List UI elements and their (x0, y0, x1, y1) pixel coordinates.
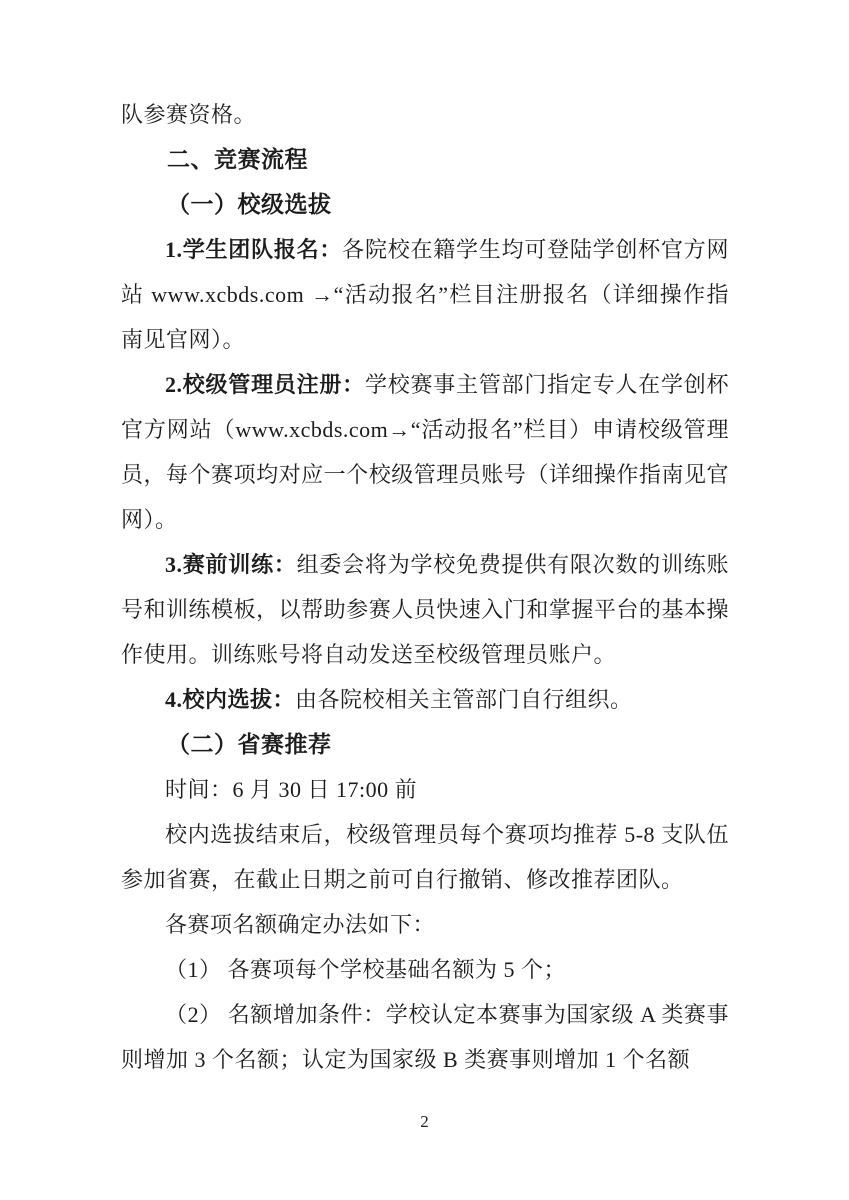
paragraph-lead-label: 4.校内选拔： (165, 687, 295, 712)
page-number: 2 (420, 1112, 429, 1131)
paragraph-internal-selection: 4.校内选拔：由各院校相关主管部门自行组织。 (121, 677, 729, 722)
heading-text: （二）省赛推荐 (167, 732, 332, 757)
paragraph-text: 各赛项名额确定办法如下： (165, 912, 435, 937)
document-page: 队参赛资格。 二、竞赛流程 （一）校级选拔 1.学生团队报名：各院校在籍学生均可… (0, 0, 849, 1200)
paragraph-lead-label: 2.校级管理员注册： (165, 372, 365, 397)
paragraph-carryover: 队参赛资格。 (121, 92, 729, 137)
subsection-heading-school-selection: （一）校级选拔 (121, 182, 729, 227)
paragraph-text: 时间：6 月 30 日 17:00 前 (165, 777, 417, 802)
paragraph-text: 队参赛资格。 (121, 102, 256, 127)
heading-text: （一）校级选拔 (167, 192, 332, 217)
document-body: 队参赛资格。 二、竞赛流程 （一）校级选拔 1.学生团队报名：各院校在籍学生均可… (121, 92, 729, 1082)
paragraph-text: 由各院校相关主管部门自行组织。 (295, 687, 633, 712)
paragraph-deadline-time: 时间：6 月 30 日 17:00 前 (121, 767, 729, 812)
paragraph-quota-method-intro: 各赛项名额确定办法如下： (121, 902, 729, 947)
paragraph-pre-competition-training: 3.赛前训练：组委会将为学校免费提供有限次数的训练账号和训练模板，以帮助参赛人员… (121, 542, 729, 677)
paragraph-school-admin-registration: 2.校级管理员注册：学校赛事主管部门指定专人在学创杯官方网站（www.xcbds… (121, 362, 729, 542)
page-footer: 2 (0, 1112, 849, 1132)
paragraph-lead-label: 1.学生团队报名： (165, 237, 342, 262)
paragraph-lead-label: 3.赛前训练： (165, 552, 297, 577)
paragraph-student-team-registration: 1.学生团队报名：各院校在籍学生均可登陆学创杯官方网站 www.xcbds.co… (121, 227, 729, 362)
paragraph-text: （2） 名额增加条件：学校认定本赛事为国家级 A 类赛事则增加 3 个名额；认定… (121, 1002, 729, 1072)
heading-text: 二、竞赛流程 (167, 146, 308, 172)
subsection-heading-provincial-recommendation: （二）省赛推荐 (121, 722, 729, 767)
paragraph-quota-item-2: （2） 名额增加条件：学校认定本赛事为国家级 A 类赛事则增加 3 个名额；认定… (121, 992, 729, 1082)
paragraph-text: （1） 各赛项每个学校基础名额为 5 个； (165, 957, 566, 982)
section-heading-competition-process: 二、竞赛流程 (121, 137, 729, 182)
paragraph-recommendation-rule: 校内选拔结束后，校级管理员每个赛项均推荐 5-8 支队伍参加省赛，在截止日期之前… (121, 812, 729, 902)
paragraph-text: 校内选拔结束后，校级管理员每个赛项均推荐 5-8 支队伍参加省赛，在截止日期之前… (121, 822, 729, 892)
paragraph-quota-item-1: （1） 各赛项每个学校基础名额为 5 个； (121, 947, 729, 992)
